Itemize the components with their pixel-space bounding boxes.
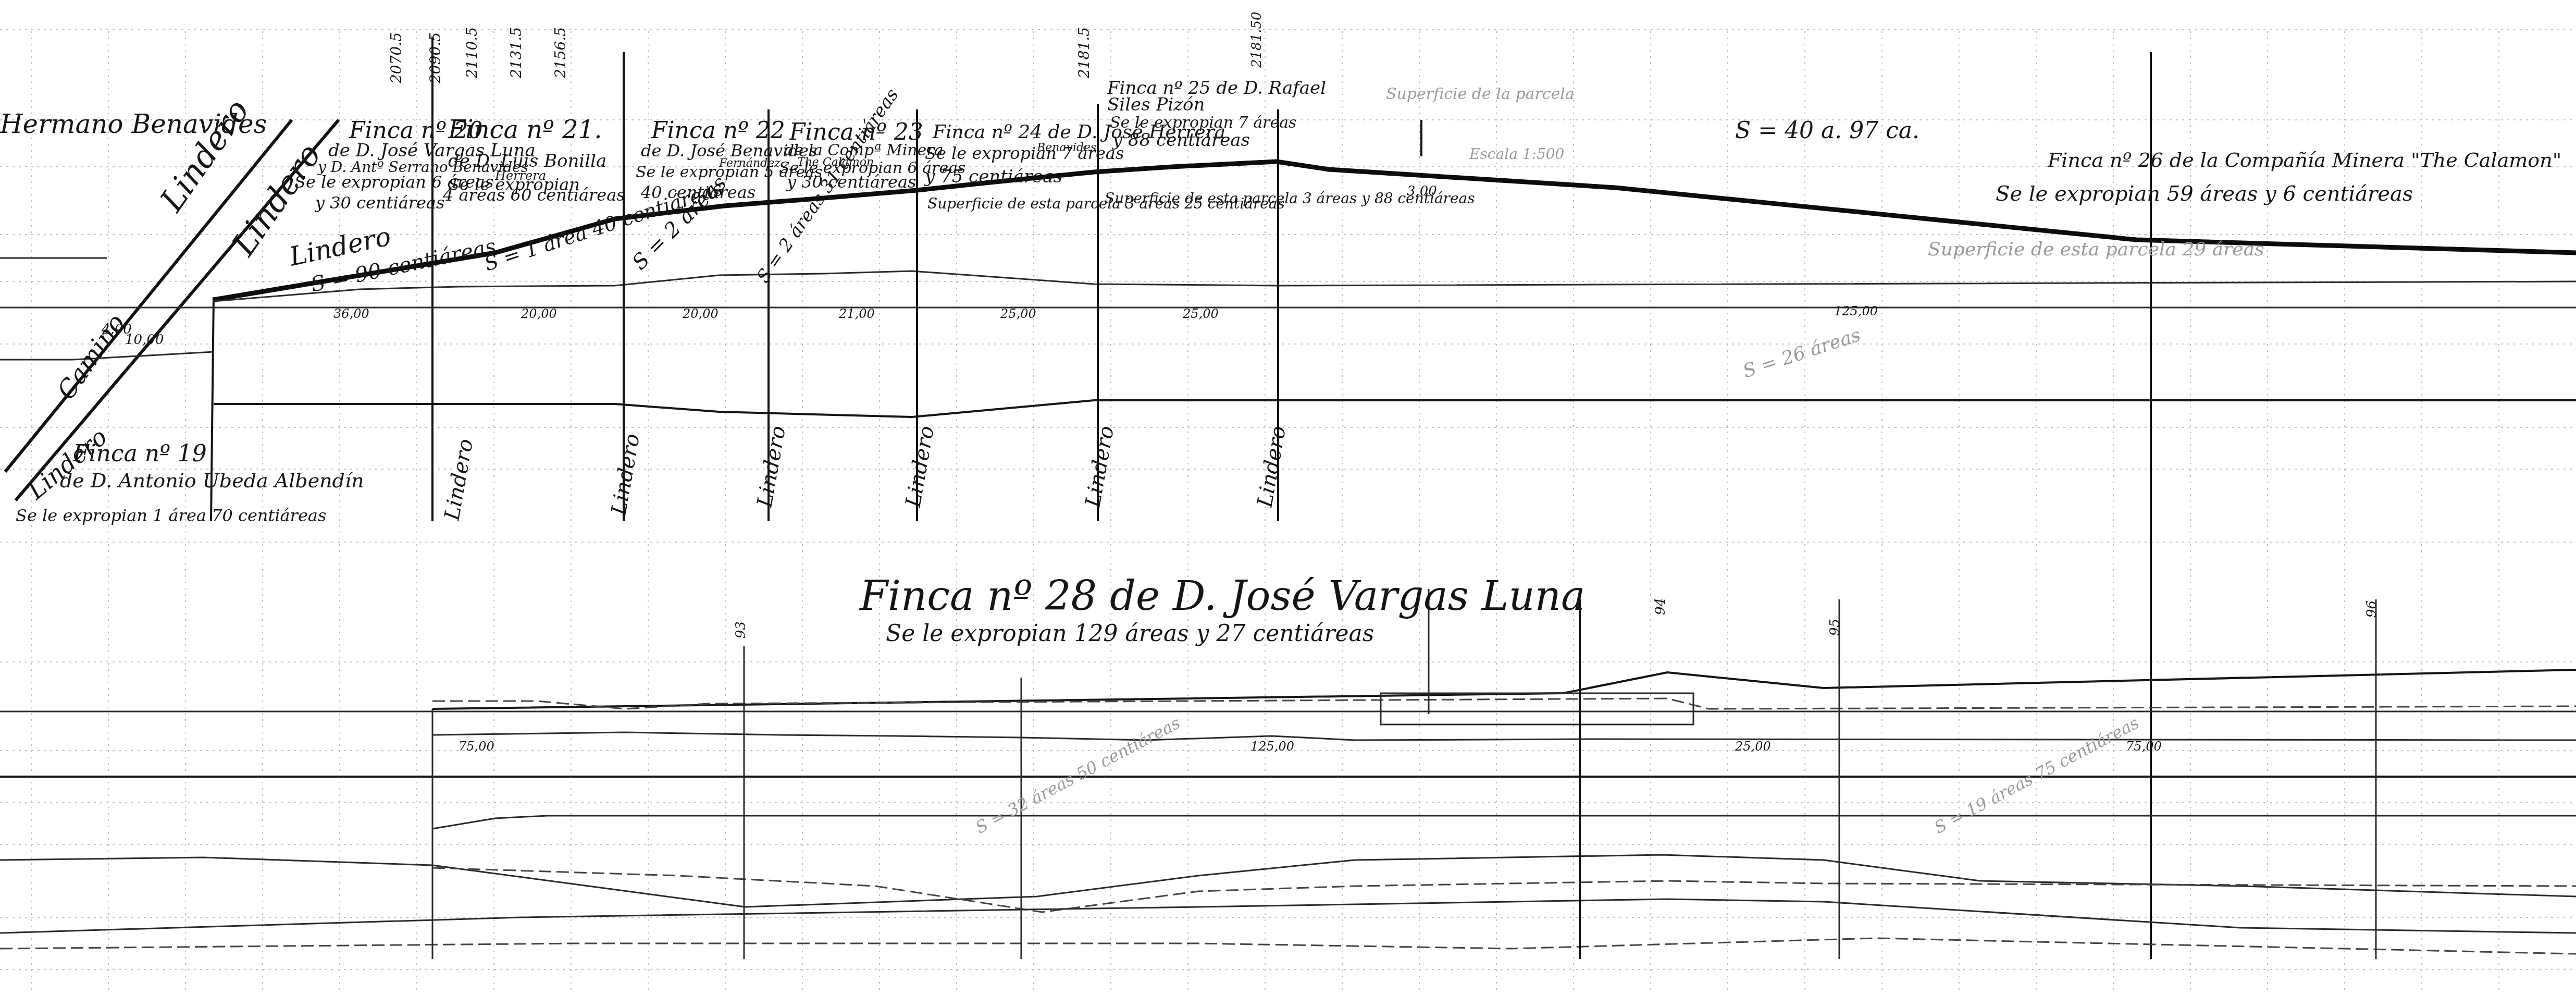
parcel-20-expropriation-2: y 30 centiáreas bbox=[314, 193, 445, 213]
parcel-25-length: 25,00 bbox=[1182, 306, 1219, 321]
parcel-24-expropriation-1: Se le expropian 7 áreas bbox=[925, 143, 1124, 163]
summary-scale: Escala 1:500 bbox=[1469, 145, 1564, 163]
lot-28-title: Finca nº 28 de D. José Vargas Luna bbox=[859, 573, 1585, 620]
lindero-vertical-5: Lindero bbox=[1081, 424, 1119, 510]
parcel-26-title: Finca nº 26 de la Compañía Minera "The C… bbox=[2047, 149, 2561, 171]
lot-28-length-2: 125,00 bbox=[1250, 739, 1294, 754]
lot-19-expropriation: Se le expropian 1 área 70 centiáreas bbox=[16, 506, 326, 525]
parcel-24-expropriation-2: y 75 centiáreas bbox=[924, 166, 1062, 187]
lindero-vertical-6: Lindero bbox=[1253, 424, 1291, 510]
parcel-26-length: 125,00 bbox=[1834, 304, 1878, 318]
parcel-26-expropriation: Se le expropian 59 áreas y 6 centiáreas bbox=[1996, 182, 2413, 206]
parcel-25-expropriation-1: Se le expropian 7 áreas bbox=[1110, 114, 1296, 132]
lot-28-strip-area-2: S = 19 áreas 75 centiáreas bbox=[1931, 713, 2142, 838]
lindero-vertical-3: Lindero bbox=[752, 424, 790, 510]
lindero-vertical-2: Lindero bbox=[606, 432, 645, 518]
parcel-25-expropriation-2: y 88 centiáreas bbox=[1111, 130, 1250, 151]
survey-plan: Hermano Benavides Lindero Lindero Linder… bbox=[0, 0, 2576, 1007]
station-mark-2: 2090.5 bbox=[427, 32, 444, 84]
station-mark-4: 2131.5 bbox=[507, 27, 525, 79]
parcel-21-expropriation-2: 4 áreas 60 centiáreas bbox=[442, 185, 625, 205]
station-mark-1: 2070.5 bbox=[388, 32, 405, 84]
parcel-24-length: 25,00 bbox=[1000, 306, 1036, 321]
summary-total-area: S = 40 a. 97 ca. bbox=[1735, 117, 1919, 144]
lindero-vertical-1: Lindero bbox=[440, 437, 478, 523]
parcel-22-length: 20,00 bbox=[682, 306, 719, 321]
station-mark-5: 2156.5 bbox=[552, 27, 569, 79]
summary-bearing: 3,00 bbox=[1407, 183, 1437, 199]
lot-28-mark-96: 96 bbox=[2364, 600, 2380, 618]
lot-28-length-3: 25,00 bbox=[1735, 739, 1771, 754]
parcel-23-expropriation-2: y 30 centiáreas bbox=[786, 172, 917, 192]
annotations: Hermano Benavides Lindero Lindero Linder… bbox=[0, 11, 2561, 838]
parcel-26-strip-area-2: S = 26 áreas bbox=[1740, 324, 1863, 383]
lot-28-length-4: 75,00 bbox=[2126, 739, 2162, 754]
station-mark-3: 2110.5 bbox=[463, 27, 480, 79]
parcel-21-title: Finca nº 21. bbox=[448, 115, 602, 144]
lot-28-mark-95: 95 bbox=[1827, 619, 1843, 636]
station-mark-7: 2181.50 bbox=[1249, 11, 1265, 68]
lot-19-title: Finca nº 19 bbox=[72, 440, 207, 467]
summary-heading: Superficie de la parcela bbox=[1386, 85, 1575, 103]
lot-28-mark-94: 94 bbox=[1653, 598, 1668, 615]
lot-28-mark-93: 93 bbox=[733, 621, 749, 638]
station-mark-6: 2181.5 bbox=[1075, 27, 1093, 79]
parcel-23-length: 21,00 bbox=[838, 306, 875, 321]
vertical-boundary-labels: Lindero Lindero Lindero Lindero Lindero … bbox=[440, 424, 1291, 523]
lindero-vertical-4: Lindero bbox=[901, 424, 939, 510]
lot-28-strip-area-1: S = 32 áreas 50 centiáreas bbox=[972, 713, 1184, 838]
parcel-26-strip-area: Superficie de esta parcela 29 áreas bbox=[1928, 239, 2264, 260]
lot-28-expropriation: Se le expropian 129 áreas y 27 centiárea… bbox=[886, 620, 1374, 647]
road-offset-label: 10,00 bbox=[125, 332, 164, 348]
lot-19-owner: de D. Antonio Ubeda Albendín bbox=[60, 469, 364, 492]
parcel-22-title: Finca nº 22 bbox=[651, 117, 785, 144]
parcel-25-owner: Siles Pizón bbox=[1107, 94, 1205, 115]
lot-28-length-1: 75,00 bbox=[459, 739, 494, 754]
parcel-20-length: 36,00 bbox=[333, 306, 369, 321]
parcel-21-length: 20,00 bbox=[521, 306, 557, 321]
